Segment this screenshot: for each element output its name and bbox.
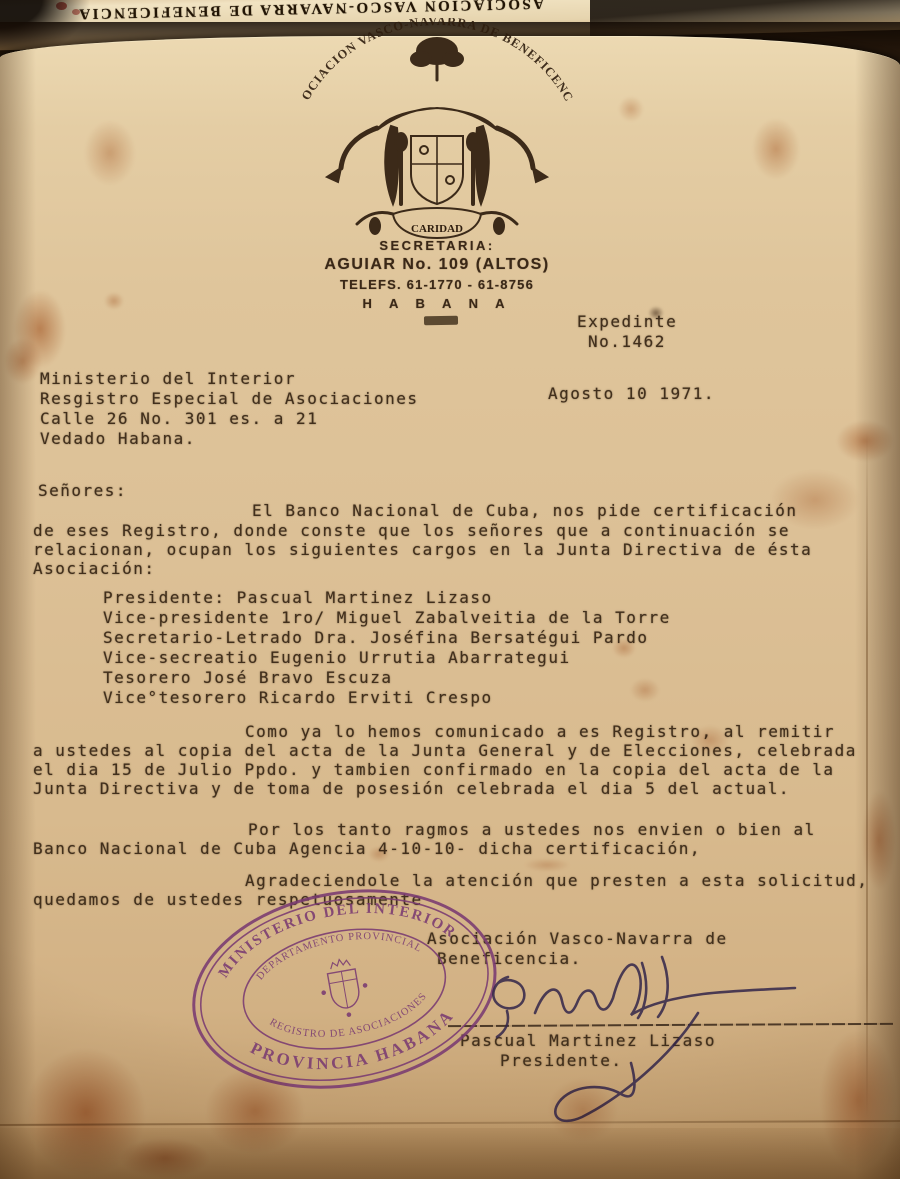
officer-line: Secretario-Letrado Dra. Joséfina Bersaté…: [103, 628, 649, 647]
expediente-number: No.1462: [588, 332, 666, 351]
letterhead-city: H A B A N A: [287, 296, 587, 311]
officer-line: Vice°tesorero Ricardo Erviti Crespo: [103, 688, 493, 707]
body-line: el dia 15 de Julio Ppdo. y tambien confi…: [33, 760, 835, 779]
body-line: relacionan, ocupan los siguientes cargos…: [33, 540, 812, 559]
body-line: El Banco Nacional de Cuba, nos pide cert…: [252, 501, 798, 520]
body-line: de eses Registro, donde conste que los s…: [33, 521, 790, 540]
expediente-label: Expedinte: [577, 312, 677, 331]
letterhead-ornament-mark: [424, 316, 458, 326]
officer-line: Vice-secreatio Eugenio Urrutia Abarrateg…: [103, 648, 571, 667]
officer-line: Vice-presidente 1ro/ Miguel Zabalveitia …: [103, 608, 671, 627]
crest-drawing: [327, 38, 547, 238]
vertical-crease: [866, 430, 868, 1120]
body-line: Asociación:: [33, 559, 155, 578]
president-signature: [430, 935, 830, 1135]
scanned-letter: ASOCIACION VASCO-NAVARRA DE BENEFICENCIA…: [0, 0, 900, 1179]
letterhead-address: AGUIAR No. 109 (ALTOS): [287, 256, 587, 274]
officer-line: Presidente: Pascual Martinez Lizaso: [103, 588, 493, 607]
recipient-line: Resgistro Especial de Asociaciones: [40, 389, 419, 408]
letterhead-secretaria: SECRETARIA:: [287, 238, 587, 253]
body-line: Por los tanto ragmos a ustedes nos envie…: [248, 820, 816, 839]
officer-line: Tesorero José Bravo Escuza: [103, 668, 392, 687]
recipient-line: Vedado Habana.: [40, 429, 196, 448]
recipient-line: Calle 26 No. 301 es. a 21: [40, 409, 318, 428]
bottom-edge-shade: [0, 1128, 900, 1179]
letter-date: Agosto 10 1971.: [548, 384, 715, 403]
stamp-center-emblem: [317, 956, 372, 1021]
recipient-line: Ministerio del Interior: [40, 369, 296, 388]
salutation: Señores:: [38, 481, 127, 500]
body-line: Como ya lo hemos comunicado a es Registr…: [245, 722, 835, 741]
letterhead-telephones: TELEFS. 61-1770 - 61-8756: [287, 277, 587, 292]
crest-motto: CARIDAD: [411, 223, 463, 235]
body-line: a ustedes al copia del acta de la Junta …: [33, 741, 857, 760]
body-line: Junta Directiva y de toma de posesión ce…: [33, 779, 790, 798]
association-crest: ASOCIACION VASCO-NAVARRA DE BENEFICENCIA: [295, 18, 585, 243]
body-line: Banco Nacional de Cuba Agencia 4-10-10- …: [33, 839, 701, 858]
